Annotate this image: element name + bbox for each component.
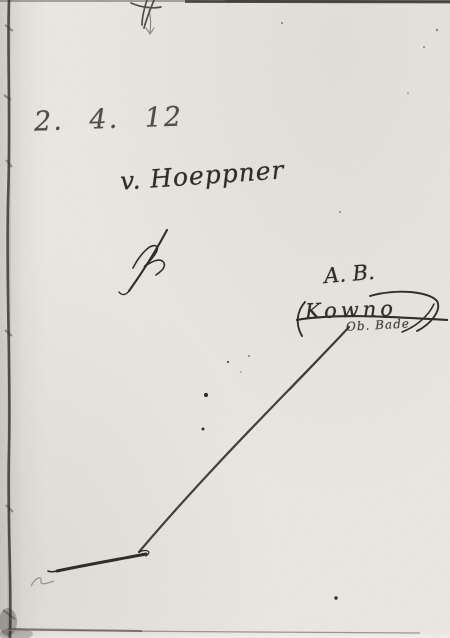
binding-edge-shadow — [0, 0, 33, 638]
handwritten-signature: v. Hoeppner — [119, 155, 285, 195]
down-arrow-pencil — [146, 10, 154, 34]
bottom-left-pencil-smudge — [31, 578, 54, 586]
handwritten-monogram: A. B. — [323, 260, 376, 288]
paraph-initials-mark — [119, 230, 167, 295]
top-pencil-mark — [131, 0, 161, 34]
top-scan-border — [0, 1, 450, 3]
diagonal-check-stroke — [48, 327, 349, 572]
scanned-document-page: 2. 4. 12 v. Hoeppner A. B. Kowno Ob. Bad… — [0, 0, 450, 638]
small-annotation: Ob. Bade. — [346, 316, 415, 334]
handwritten-date: 2. 4. 12 — [34, 101, 184, 137]
bottom-scan-line — [8, 629, 420, 633]
